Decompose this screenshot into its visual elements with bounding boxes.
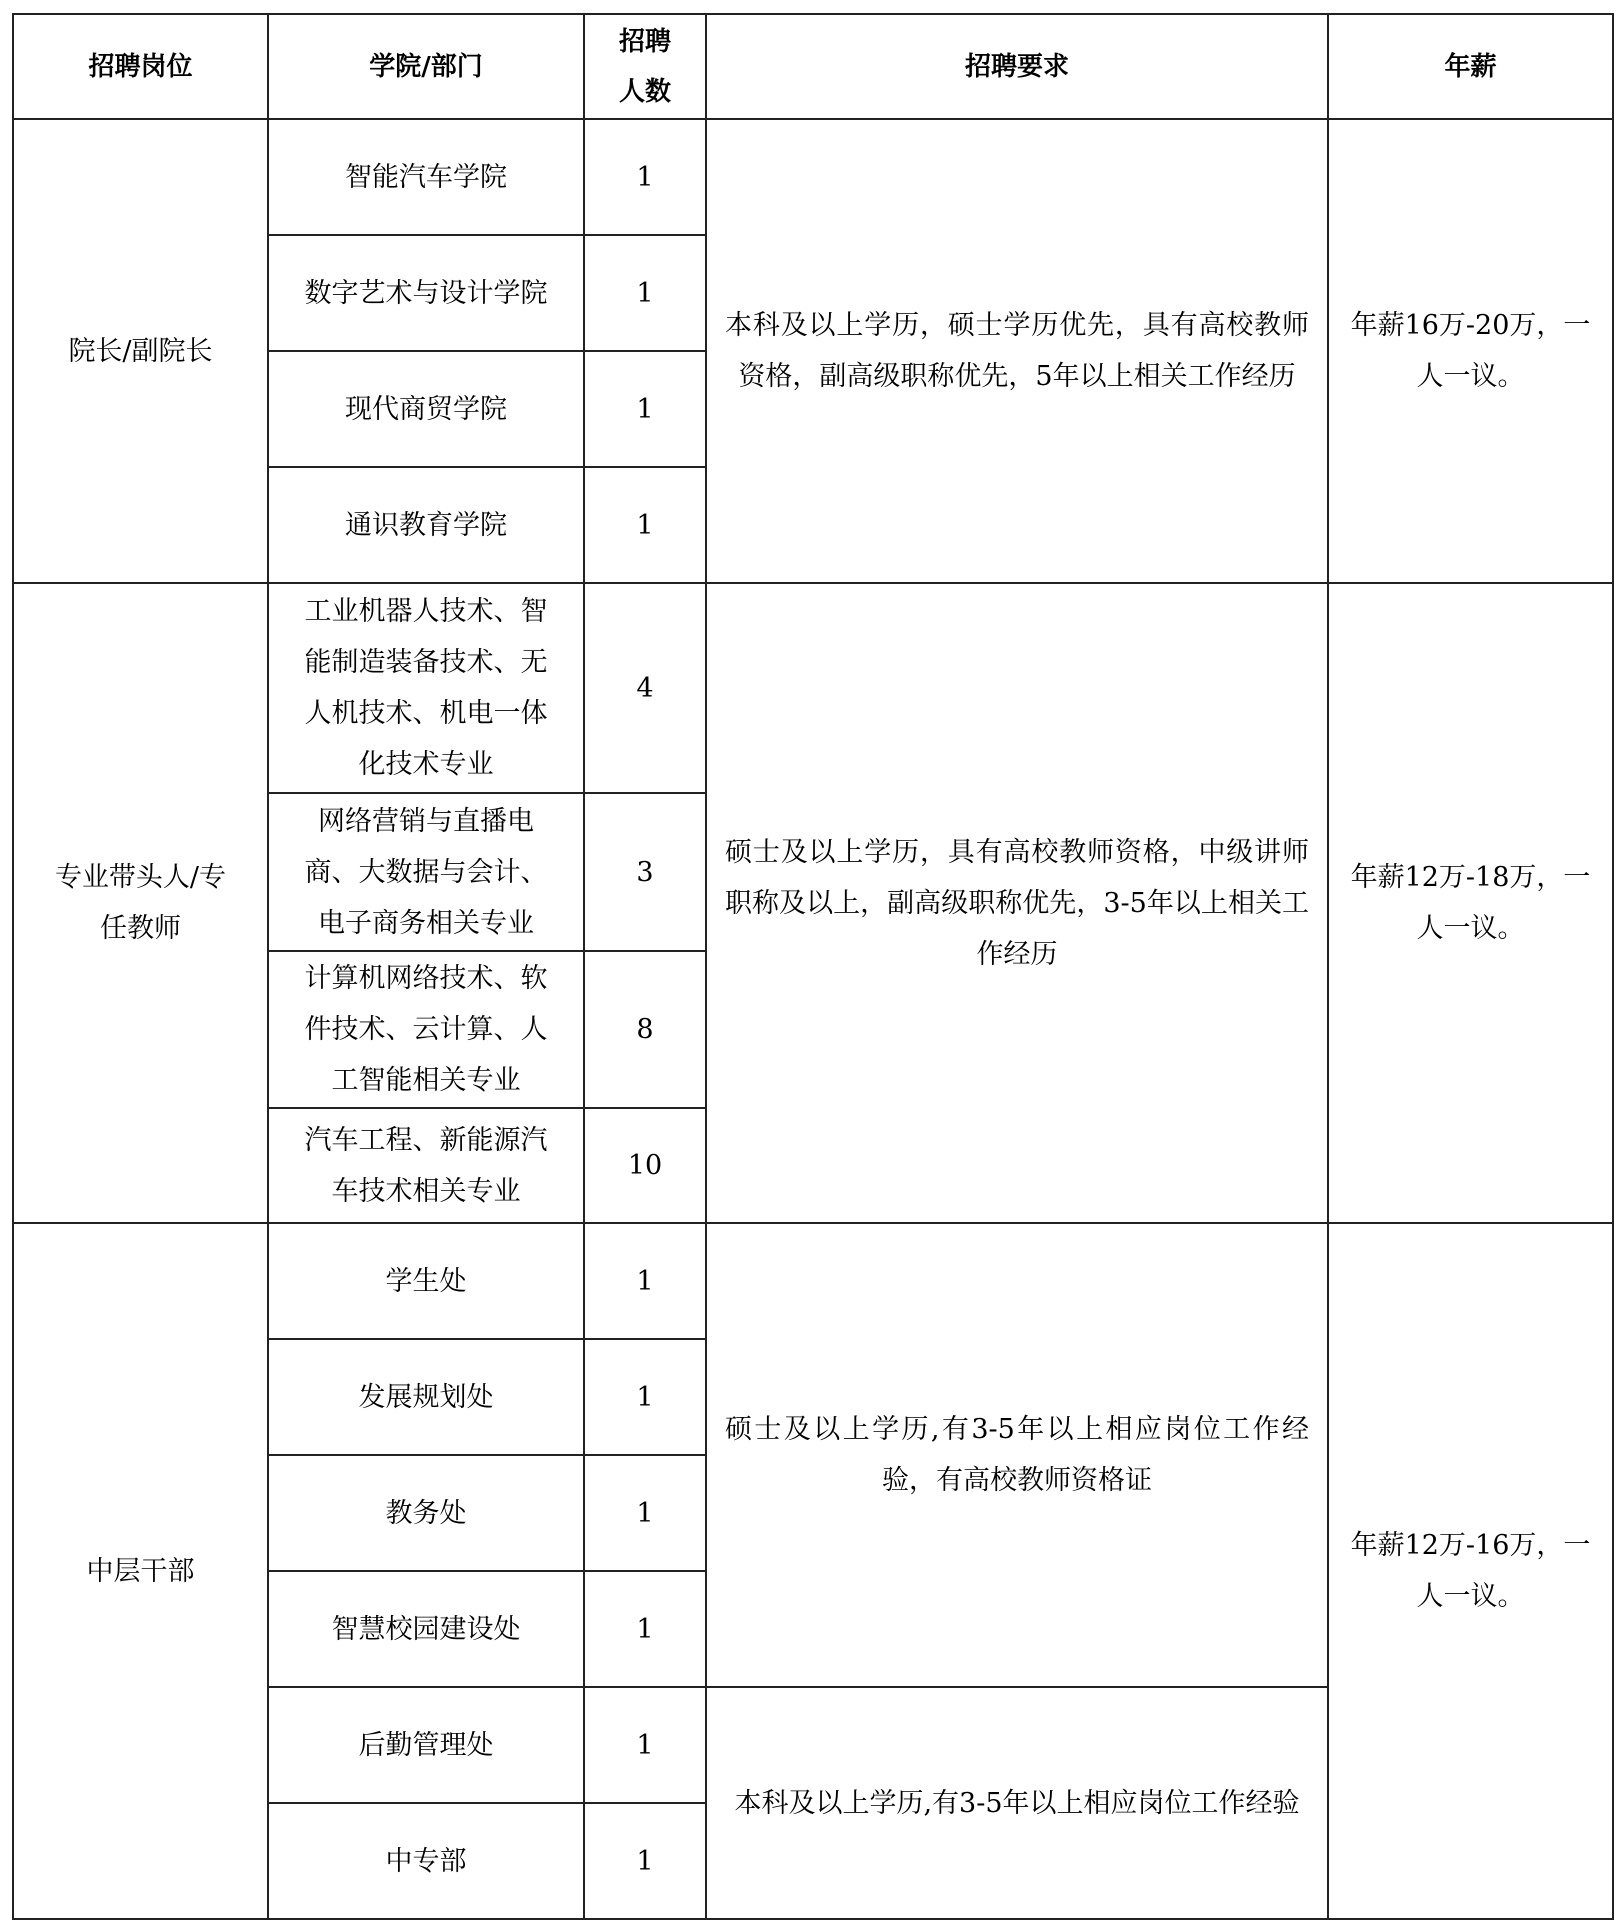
- count-cell: 1: [584, 1803, 706, 1919]
- salary-cell: 年薪12万-18万，一人一议。: [1328, 583, 1613, 1223]
- count-cell: 1: [584, 1455, 706, 1571]
- count-cell: 10: [584, 1108, 706, 1223]
- count-cell: 8: [584, 951, 706, 1108]
- table-row: 院长/副院长 智能汽车学院 1 本科及以上学历，硕士学历优先，具有高校教师资格，…: [13, 119, 1613, 235]
- header-position: 招聘岗位: [13, 14, 268, 119]
- table-row: 专业带头人/专任教师 工业机器人技术、智能制造装备技术、无人机技术、机电一体化技…: [13, 583, 1613, 793]
- count-cell: 3: [584, 793, 706, 951]
- dept-cell: 现代商贸学院: [268, 351, 584, 467]
- dept-cell: 网络营销与直播电商、大数据与会计、电子商务相关专业: [268, 793, 584, 951]
- count-cell: 1: [584, 1571, 706, 1687]
- dept-cell: 中专部: [268, 1803, 584, 1919]
- salary-cell: 年薪12万-16万，一人一议。: [1328, 1223, 1613, 1919]
- dept-cell: 后勤管理处: [268, 1687, 584, 1803]
- count-cell: 1: [584, 1223, 706, 1339]
- dept-cell: 发展规划处: [268, 1339, 584, 1455]
- dept-cell: 智慧校园建设处: [268, 1571, 584, 1687]
- header-row: 招聘岗位 学院/部门 招聘人数 招聘要求 年薪: [13, 14, 1613, 119]
- count-cell: 1: [584, 1687, 706, 1803]
- dept-cell: 教务处: [268, 1455, 584, 1571]
- requirement-cell: 本科及以上学历,有3-5年以上相应岗位工作经验: [706, 1687, 1328, 1919]
- dept-cell: 学生处: [268, 1223, 584, 1339]
- count-cell: 1: [584, 467, 706, 583]
- dept-cell: 数字艺术与设计学院: [268, 235, 584, 351]
- position-cell: 中层干部: [13, 1223, 268, 1919]
- dept-cell: 汽车工程、新能源汽车技术相关专业: [268, 1108, 584, 1223]
- requirement-cell: 硕士及以上学历,有3-5年以上相应岗位工作经验，有高校教师资格证: [706, 1223, 1328, 1687]
- recruitment-table: 招聘岗位 学院/部门 招聘人数 招聘要求 年薪 院长/副院长 智能汽车学院 1 …: [12, 13, 1614, 1920]
- dept-cell: 工业机器人技术、智能制造装备技术、无人机技术、机电一体化技术专业: [268, 583, 584, 793]
- header-salary: 年薪: [1328, 14, 1613, 119]
- header-count: 招聘人数: [584, 14, 706, 119]
- dept-cell: 智能汽车学院: [268, 119, 584, 235]
- count-cell: 1: [584, 235, 706, 351]
- dept-cell: 计算机网络技术、软件技术、云计算、人工智能相关专业: [268, 951, 584, 1108]
- position-cell: 专业带头人/专任教师: [13, 583, 268, 1223]
- count-cell: 1: [584, 119, 706, 235]
- header-dept: 学院/部门: [268, 14, 584, 119]
- requirement-cell: 硕士及以上学历，具有高校教师资格，中级讲师职称及以上，副高级职称优先，3-5年以…: [706, 583, 1328, 1223]
- salary-cell: 年薪16万-20万，一人一议。: [1328, 119, 1613, 583]
- requirement-cell: 本科及以上学历，硕士学历优先，具有高校教师资格，副高级职称优先，5年以上相关工作…: [706, 119, 1328, 583]
- position-cell: 院长/副院长: [13, 119, 268, 583]
- header-requirement: 招聘要求: [706, 14, 1328, 119]
- table-row: 中层干部 学生处 1 硕士及以上学历,有3-5年以上相应岗位工作经验，有高校教师…: [13, 1223, 1613, 1339]
- count-cell: 1: [584, 1339, 706, 1455]
- count-cell: 4: [584, 583, 706, 793]
- count-cell: 1: [584, 351, 706, 467]
- dept-cell: 通识教育学院: [268, 467, 584, 583]
